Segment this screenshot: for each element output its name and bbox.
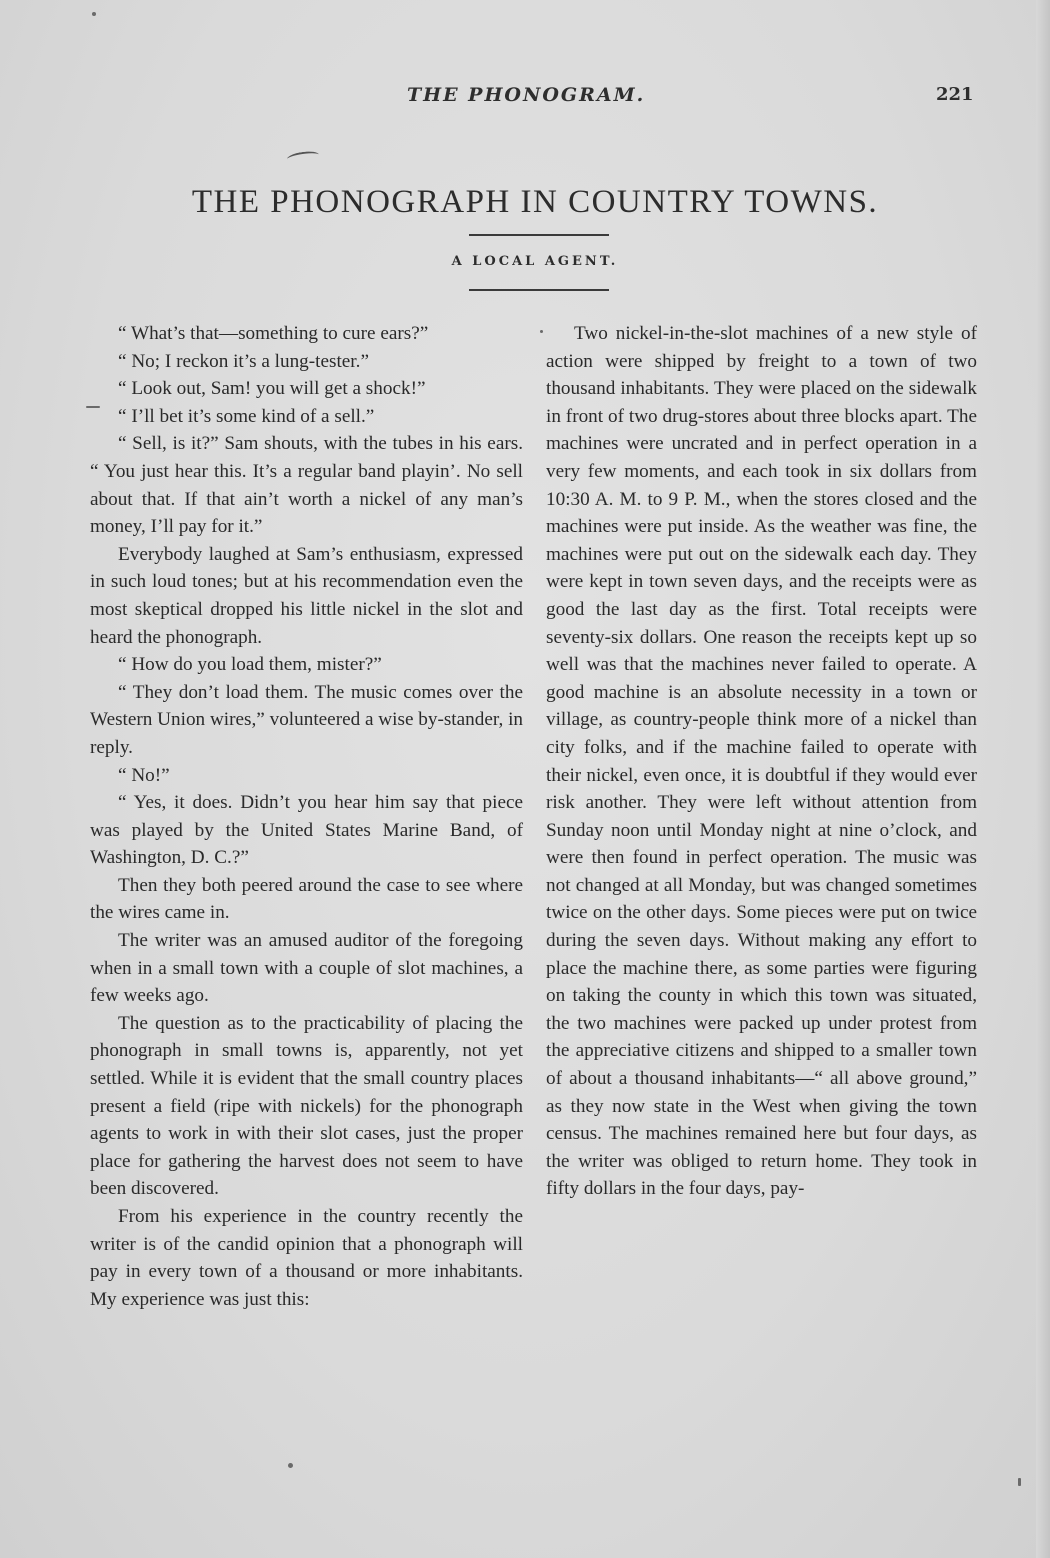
ink-speck [92,12,96,16]
ink-speck [288,1463,293,1468]
paragraph: The question as to the practicability of… [90,1010,523,1203]
paragraph: “ I’ll bet it’s some kind of a sell.” [90,403,523,431]
scanned-page: THE PHONOGRAM. 221 THE PHONOGRAPH IN COU… [0,0,1050,1558]
paragraph: “ Yes, it does. Didn’t you hear him say … [90,789,523,872]
ink-speck [540,330,543,333]
title-divider-rule [469,234,609,236]
article-title: THE PHONOGRAPH IN COUNTRY TOWNS. [0,184,1050,221]
paragraph: “ Sell, is it?” Sam shouts, with the tub… [90,430,523,540]
paragraph: “ How do you load them, mister?” [90,651,523,679]
paragraph: “ No; I reckon it’s a lung-tester.” [90,348,523,376]
page-number: 221 [936,84,974,105]
page-edge-shadow [1036,0,1050,1558]
ink-mark-decoration [286,150,319,164]
ink-speck [1018,1478,1021,1486]
byline-divider-rule [469,289,609,291]
ink-speck [86,406,100,408]
paragraph: “ What’s that—something to cure ears?” [90,320,523,348]
paragraph: Then they both peered around the case to… [90,872,523,927]
paragraph: The writer was an amused auditor of the … [90,927,523,1010]
paragraph: Two nickel-in-the-slot machines of a new… [546,320,977,1203]
left-text-column: “ What’s that—something to cure ears?” “… [90,320,523,1313]
paragraph: “ Look out, Sam! you will get a shock!” [90,375,523,403]
paragraph: Everybody laughed at Sam’s enthusiasm, e… [90,541,523,651]
article-byline: A LOCAL AGENT. [0,254,1050,269]
paragraph: “ They don’t load them. The music comes … [90,679,523,762]
paragraph: From his experience in the country re­ce… [90,1203,523,1313]
right-text-column: Two nickel-in-the-slot machines of a new… [546,320,977,1203]
paragraph: “ No!” [90,762,523,790]
running-head: THE PHONOGRAM. [407,84,645,106]
